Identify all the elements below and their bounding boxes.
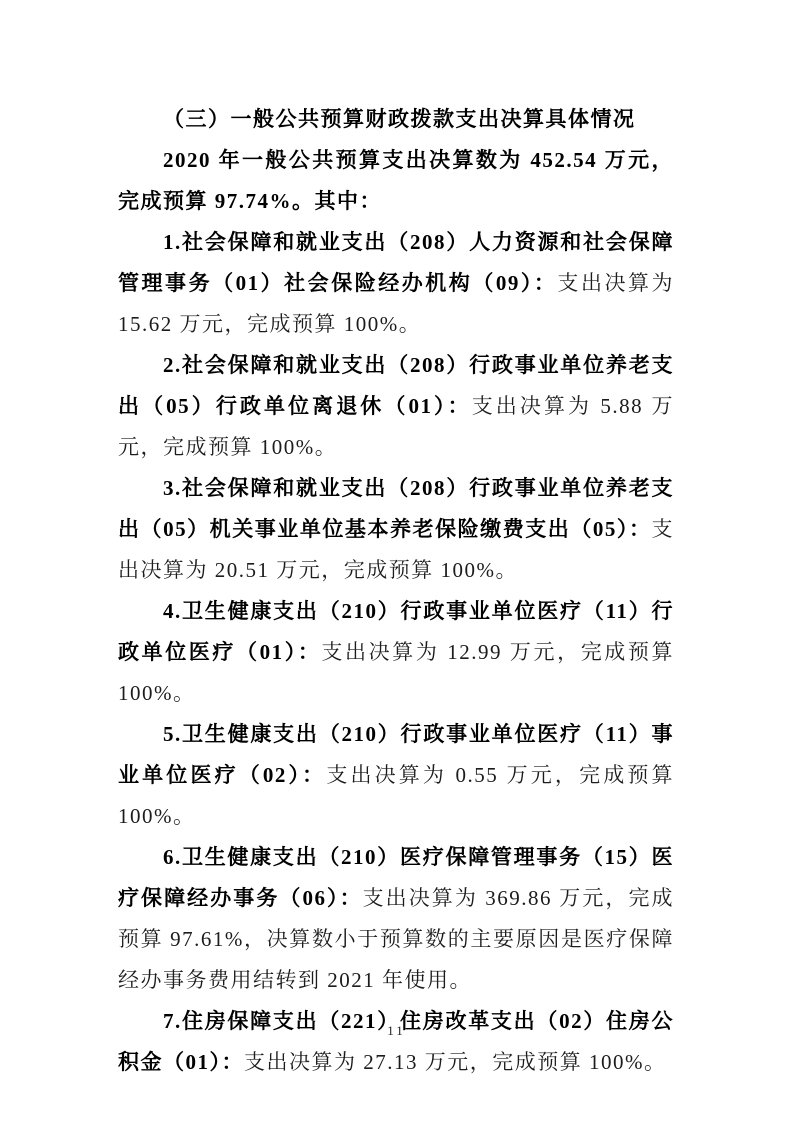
page-footer: 11 <box>0 1022 793 1040</box>
budget-item-1: 1.社会保障和就业支出（208）人力资源和社会保障管理事务（01）社会保险经办机… <box>118 222 674 345</box>
document-body: （三）一般公共预算财政拨款支出决算具体情况 2020 年一般公共预算支出决算数为… <box>118 99 674 1083</box>
budget-item-3: 3.社会保障和就业支出（208）行政事业单位养老支出（05）机关事业单位基本养老… <box>118 468 674 591</box>
section-heading: （三）一般公共预算财政拨款支出决算具体情况 <box>118 99 674 140</box>
budget-item-6: 6.卫生健康支出（210）医疗保障管理事务（15）医疗保障经办事务（06）：支出… <box>118 837 674 1001</box>
budget-item-2: 2.社会保障和就业支出（208）行政事业单位养老支出（05）行政单位离退休（01… <box>118 345 674 468</box>
budget-item-7: 7.住房保障支出（221）住房改革支出（02）住房公积金（01）：支出决算为 2… <box>118 1001 674 1083</box>
budget-item-5: 5.卫生健康支出（210）行政事业单位医疗（11）事业单位医疗（02）：支出决算… <box>118 714 674 837</box>
document-page: （三）一般公共预算财政拨款支出决算具体情况 2020 年一般公共预算支出决算数为… <box>0 0 793 1122</box>
page-number: 11 <box>387 1023 406 1038</box>
budget-item-4: 4.卫生健康支出（210）行政事业单位医疗（11）行政单位医疗（01）：支出决算… <box>118 591 674 714</box>
intro-paragraph: 2020 年一般公共预算支出决算数为 452.54 万元，完成预算 97.74%… <box>118 140 674 222</box>
budget-item-7-detail: 支出决算为 27.13 万元，完成预算 100%。 <box>244 1050 667 1074</box>
budget-item-3-label: 3.社会保障和就业支出（208）行政事业单位养老支出（05）机关事业单位基本养老… <box>118 476 674 541</box>
